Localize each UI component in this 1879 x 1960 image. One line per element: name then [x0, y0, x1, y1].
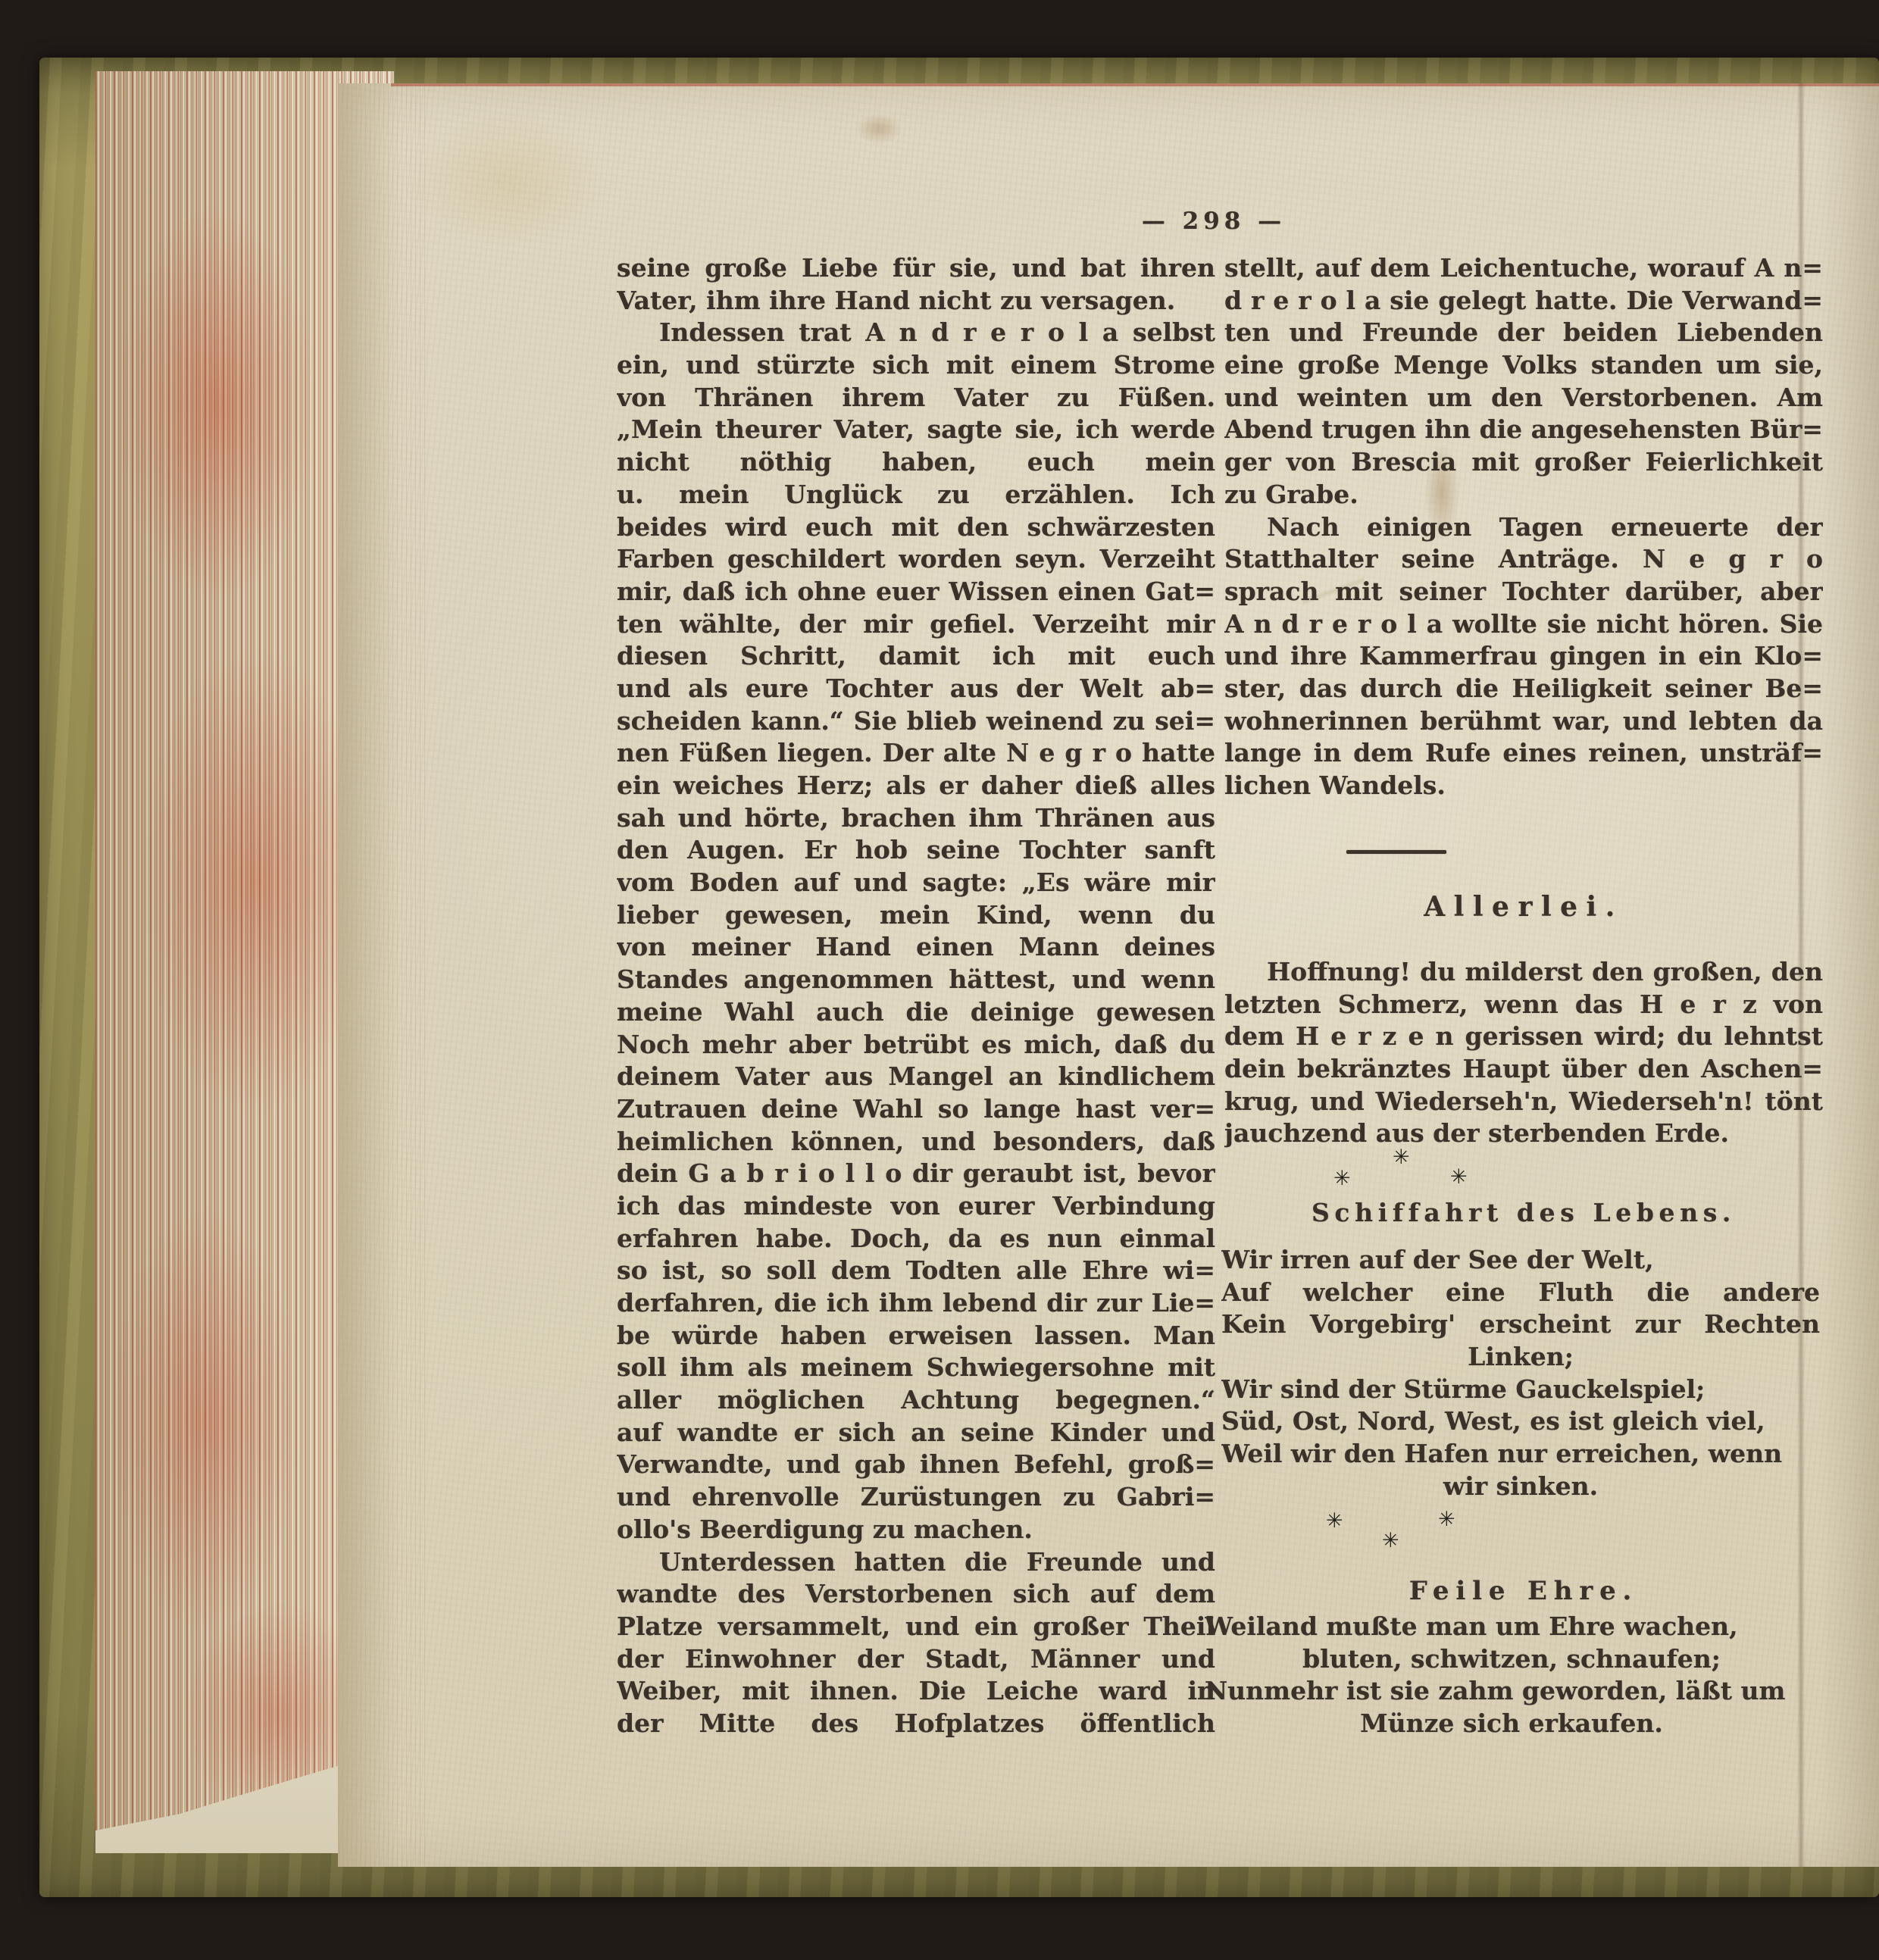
text-line: aller möglichen Achtung begegnen.“ Hier= [617, 1384, 1215, 1417]
section-divider-rule [1346, 850, 1446, 854]
book-scan: — 298 — seine große Liebe für sie, und b… [0, 0, 1879, 1960]
asterism-ornament: ✳ [1326, 1509, 1343, 1533]
poem-title-feile-ehre: Feile Ehre. [1224, 1576, 1823, 1606]
text-line: Noch mehr aber betrübt es mich, daß du [617, 1029, 1215, 1061]
poem-feile-ehre: Weiland mußte man um Ehre wachen,bluten,… [1205, 1611, 1818, 1740]
text-line: meine Wahl auch die deinige gewesen wäre… [617, 996, 1215, 1029]
page-number: — 298 — [1100, 208, 1327, 235]
text-line: sah und hörte, brachen ihm Thränen aus [617, 802, 1215, 835]
text-line: d r e r o l a sie gelegt hatte. Die Verw… [1224, 285, 1823, 317]
text-line: wohnerinnen berühmt war, und lebten da [1224, 705, 1823, 738]
allerlei-paragraph: Hoffnung! du milderst den großen, denlet… [1224, 956, 1823, 1150]
right-column-prose: stellt, auf dem Leichentuche, worauf A n… [1224, 252, 1823, 802]
text-line: Wir irren auf der See der Welt, [1221, 1244, 1820, 1277]
text-line: Nach einigen Tagen erneuerte der [1224, 511, 1823, 544]
text-line: jauchzend aus der sterbenden Erde. [1224, 1118, 1823, 1150]
gutter-shadow [1817, 83, 1879, 1867]
text-line: sprach mit seiner Tochter darüber, aber [1224, 576, 1823, 608]
poem-title-schiffahrt: Schiffahrt des Lebens. [1224, 1198, 1823, 1227]
text-line: Hoffnung! du milderst den großen, den [1224, 956, 1823, 989]
text-line: Vater, ihm ihre Hand nicht zu versagen. [617, 285, 1215, 317]
text-line: lichen Wandels. [1224, 770, 1823, 802]
text-line: vom Boden auf und sagte: „Es wäre mir [617, 867, 1215, 899]
text-line: mir, daß ich ohne euer Wissen einen Gat= [617, 576, 1215, 608]
red-sprinkle-blotch [118, 208, 315, 602]
text-line: dem H e r z e n gerissen wird; du lehnts… [1224, 1021, 1823, 1053]
text-line: von meiner Hand einen Mann deines [617, 931, 1215, 964]
text-line: wir sinken. [1221, 1471, 1820, 1503]
text-line: auf wandte er sich an seine Kinder und [617, 1417, 1215, 1449]
text-line: ollo's Beerdigung zu machen. [617, 1514, 1215, 1546]
asterism-ornament: ✳ [1393, 1146, 1410, 1169]
text-line: A n d r e r o l a wollte sie nicht hören… [1224, 608, 1823, 641]
text-line: und als eure Tochter aus der Welt ab= [617, 673, 1215, 705]
text-line: und ihre Kammerfrau gingen in ein Klo= [1224, 640, 1823, 673]
text-line: ger von Brescia mit großer Feierlichkeit [1224, 446, 1823, 479]
text-line: Kein Vorgebirg' erscheint zur Rechten od… [1221, 1308, 1820, 1341]
text-line: Indessen trat A n d r e r o l a selbst h… [617, 317, 1215, 349]
asterism-ornament: ✳ [1382, 1529, 1399, 1552]
text-line: Statthalter seine Anträge. N e g r o [1224, 543, 1823, 576]
text-line: und ehrenvolle Zurüstungen zu Gabri= [617, 1481, 1215, 1514]
text-line: Farben geschildert worden seyn. Verzeiht [617, 543, 1215, 576]
text-line: heimlichen können, und besonders, daß [617, 1126, 1215, 1158]
text-line: beides wird euch mit den schwärzesten [617, 511, 1215, 544]
text-line: dein bekränztes Haupt über den Aschen= [1224, 1053, 1823, 1086]
text-line: ten und Freunde der beiden Liebenden und [1224, 317, 1823, 349]
text-line: so ist, so soll dem Todten alle Ehre wi= [617, 1255, 1215, 1287]
text-line: ten wählte, der mir gefiel. Verzeiht mir [617, 608, 1215, 641]
text-line: ein, und stürzte sich mit einem Strome [617, 349, 1215, 382]
text-line: nicht nöthig haben, euch mein Abentheuer [617, 446, 1215, 479]
text-line: und weinten um den Verstorbenen. Am [1224, 382, 1823, 414]
text-line: der Einwohner der Stadt, Männer und [617, 1643, 1215, 1676]
text-line: stellt, auf dem Leichentuche, worauf A n… [1224, 252, 1823, 285]
text-line: Platze versammelt, und ein großer Theil [617, 1611, 1215, 1643]
text-line: u. mein Unglück zu erzählen. Ich vermuth… [617, 479, 1215, 511]
text-line: Nunmehr ist sie zahm geworden, läßt um [1205, 1675, 1818, 1708]
text-line: bluten, schwitzen, schnaufen; [1205, 1643, 1818, 1676]
text-line: soll ihm als meinem Schwiegersohne mit [617, 1352, 1215, 1384]
text-line: wandte des Verstorbenen sich auf dem [617, 1578, 1215, 1611]
text-line: Standes angenommen hättest, und wenn [617, 964, 1215, 996]
text-line: letzten Schmerz, wenn das H e r z von [1224, 989, 1823, 1021]
text-line: Weil wir den Hafen nur erreichen, wenn [1221, 1438, 1820, 1471]
text-line: Münze sich erkaufen. [1205, 1708, 1818, 1740]
text-line: erfahren habe. Doch, da es nun einmal [617, 1223, 1215, 1255]
text-line: Wir sind der Stürme Gauckelspiel; [1221, 1374, 1820, 1406]
text-line: diesen Schritt, damit ich mit euch versö… [617, 640, 1215, 673]
red-sprinkle-blotch [111, 1208, 300, 1632]
asterism-ornament: ✳ [1438, 1508, 1455, 1531]
text-line: lieber gewesen, mein Kind, wenn du [617, 899, 1215, 932]
text-line: Unterdessen hatten die Freunde und Ver= [617, 1546, 1215, 1579]
text-line: Verwandte, und gab ihnen Befehl, groß= [617, 1449, 1215, 1481]
text-line: Süd, Ost, Nord, West, es ist gleich viel… [1221, 1405, 1820, 1438]
text-line: lange in dem Rufe eines reinen, unsträf= [1224, 737, 1823, 770]
text-line: derfahren, die ich ihm lebend dir zur Li… [617, 1287, 1215, 1320]
red-sprinkle-blotch [141, 647, 368, 1117]
text-line: zu Grabe. [1224, 479, 1823, 511]
text-line: deinem Vater aus Mangel an kindlichem [617, 1061, 1215, 1093]
text-line: ich das mindeste von eurer Verbindung [617, 1190, 1215, 1223]
text-line: Linken; [1221, 1341, 1820, 1374]
poem-schiffahrt: Wir irren auf der See der Welt,Auf welch… [1221, 1244, 1820, 1503]
text-line: den Augen. Er hob seine Tochter sanft [617, 834, 1215, 867]
asterism-ornament: ✳ [1333, 1167, 1351, 1190]
text-line: „Mein theurer Vater, sagte sie, ich werd… [617, 414, 1215, 446]
text-line: krug, und Wiederseh'n, Wiederseh'n! tönt [1224, 1086, 1823, 1118]
text-line: nen Füßen liegen. Der alte N e g r o hat… [617, 737, 1215, 770]
text-line: Weiber, mit ihnen. Die Leiche ward in [617, 1675, 1215, 1708]
text-line: der Mitte des Hofplatzes öffentlich hing… [617, 1708, 1215, 1740]
text-line: Abend trugen ihn die angesehensten Bür= [1224, 414, 1823, 446]
text-line: Zutrauen deine Wahl so lange hast ver= [617, 1093, 1215, 1126]
text-line: dein G a b r i o l l o dir geraubt ist, … [617, 1158, 1215, 1190]
section-heading-allerlei: Allerlei. [1224, 891, 1823, 923]
text-line: be würde haben erweisen lassen. Man [617, 1320, 1215, 1352]
asterism-ornament: ✳ [1450, 1165, 1468, 1189]
left-column: seine große Liebe für sie, und bat ihren… [617, 252, 1215, 1740]
text-line: von Thränen ihrem Vater zu Füßen. [617, 382, 1215, 414]
text-line: ein weiches Herz; als er daher dieß alle… [617, 770, 1215, 802]
text-line: eine große Menge Volks standen um sie, [1224, 349, 1823, 382]
text-line: Auf welcher eine Fluth die andere schwel… [1221, 1277, 1820, 1309]
text-line: ster, das durch die Heiligkeit seiner Be… [1224, 673, 1823, 705]
text-line: Weiland mußte man um Ehre wachen, [1205, 1611, 1818, 1643]
text-line: seine große Liebe für sie, und bat ihren [617, 252, 1215, 285]
text-line: scheiden kann.“ Sie blieb weinend zu sei… [617, 705, 1215, 738]
